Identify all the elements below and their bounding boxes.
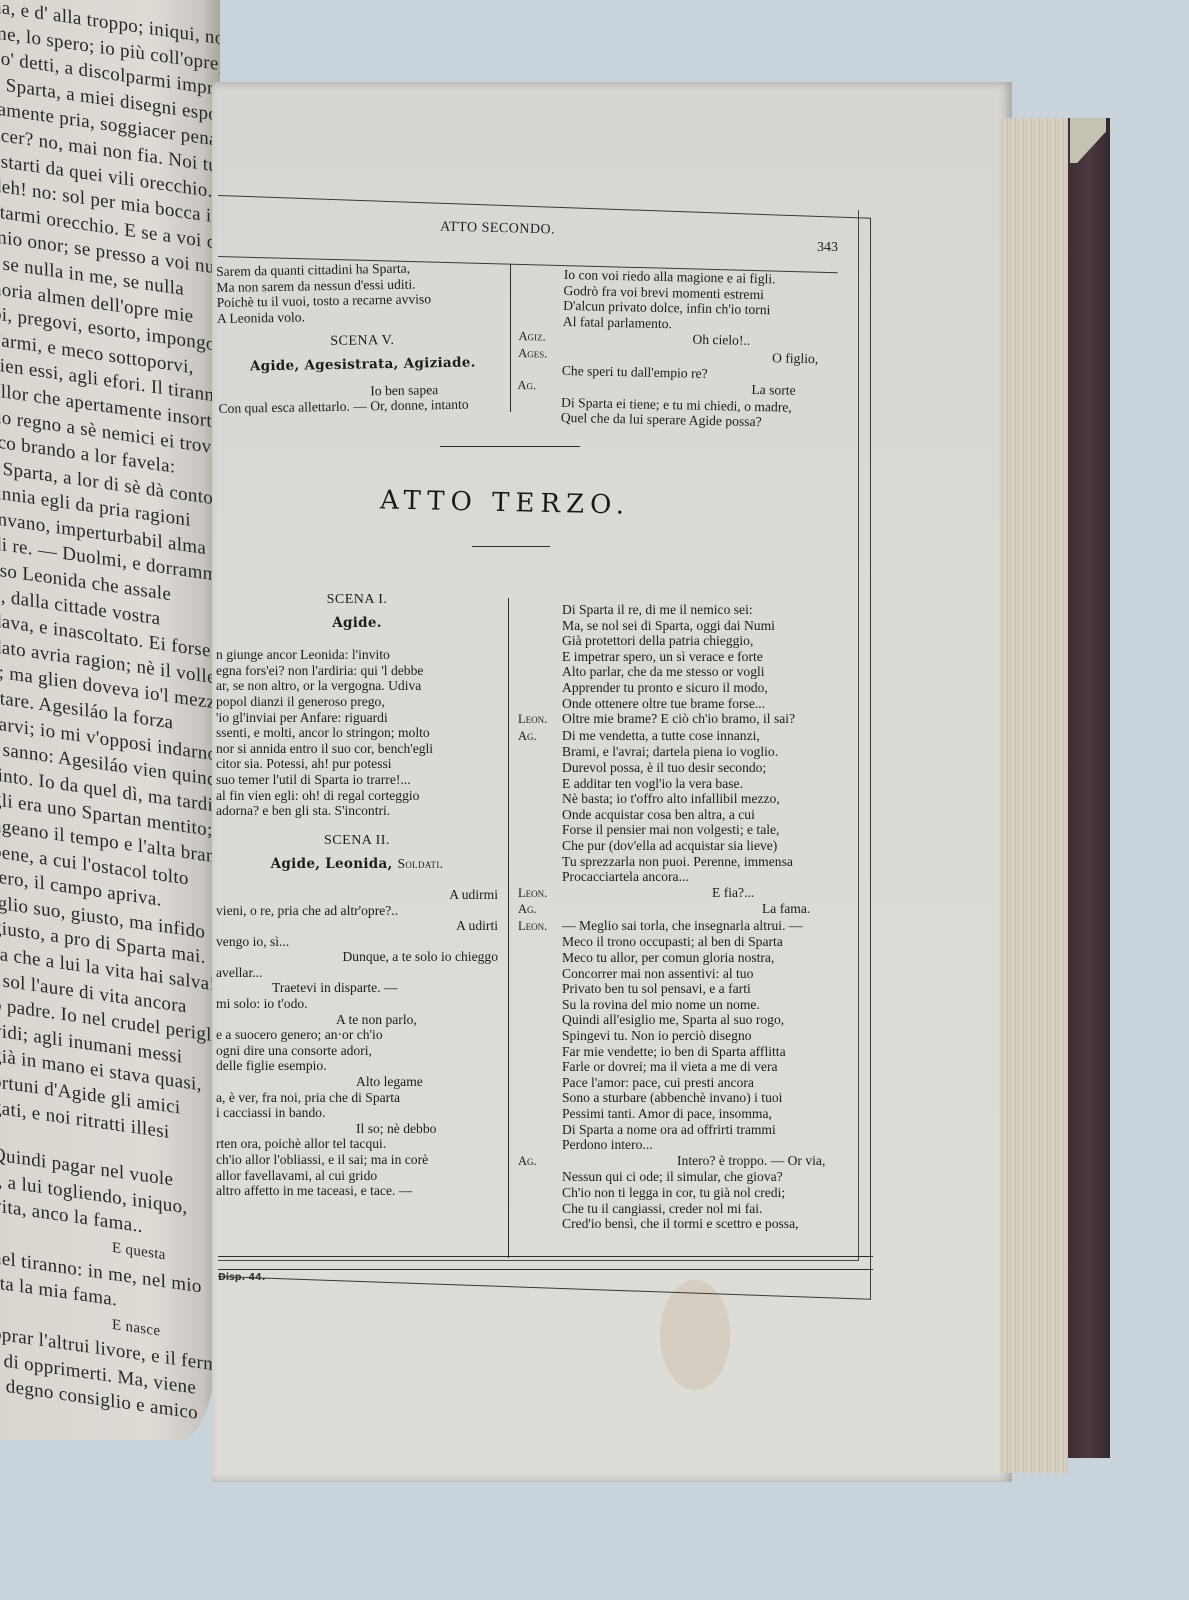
top-left-column: Sarem da quanti cittadini ha Sparta,Ma n… [216, 259, 509, 417]
verse-text: Far mie vendette; io ben di Sparta affli… [562, 1044, 786, 1059]
verse-line: a, è ver, fra noi, pria che di Sparta [216, 1090, 498, 1106]
top-left-lines: Sarem da quanti cittadini ha Sparta,Ma n… [216, 259, 507, 326]
scene-characters: Agide. [216, 616, 498, 632]
verse-text: Oltre mie brame? E ciò ch'io bramo, il s… [562, 711, 795, 726]
verse-line: 'io gl'inviai per Anfare: riguardi [216, 710, 498, 726]
verse-line: vieni, o re, pria che ad altr'opre?.. [216, 903, 498, 919]
verse-text: Concorrer mai non assentivi: al tuo [562, 966, 753, 981]
verse-line: Su la rovina del mio nome un nome. [518, 997, 863, 1013]
speaker-label: Agiz. [518, 329, 562, 346]
speaker-label: Leon. [518, 712, 562, 728]
verse-text: Meco il trono occupasti; al ben di Spart… [562, 934, 783, 949]
verse-line: Ag.Intero? è troppo. — Or via, [518, 1153, 863, 1170]
speaker-label [518, 374, 562, 375]
verse-line: i cacciassi in bando. [216, 1105, 498, 1121]
verse-line: al fin vien egli: oh! di regal corteggio [216, 788, 498, 804]
verse-line: Leon.E fia?... [518, 885, 863, 902]
verse-line: Onde ottenere oltre tue brame forse... [518, 696, 863, 712]
verse-text: E impetrar spero, un sì verace e forte [562, 649, 763, 664]
verse-text: Procacciartela ancora... [562, 869, 689, 884]
verse-line: suo temer l'util di Sparta io trarre!... [216, 772, 498, 788]
verse-text: Onde acquistar cosa ben altra, a cui [562, 807, 755, 822]
verse-line: Durevol possa, è il tuo desir secondo; [518, 760, 863, 776]
verse-line: Che tu il cangiassi, creder nol mi fai. [518, 1201, 863, 1217]
speaker-label: Ag. [518, 1154, 562, 1170]
scene-heading: SCENA V. [217, 331, 507, 352]
verse-text: Ch'io non ti legga in cor, tu già nol cr… [562, 1185, 785, 1200]
column-divider [510, 264, 511, 412]
verse-line: A udirmi [216, 887, 498, 903]
verse-text: Ma, se nol sei di Sparta, oggi dai Numi [562, 618, 775, 633]
verse-line: Procacciartela ancora... [518, 869, 863, 885]
verse-text: E fia?... [562, 885, 754, 900]
verse-line: Privato ben tu sol pensavi, e a farti [518, 981, 863, 997]
footer-signature: Disp. 44. [218, 1272, 265, 1283]
verse-line: Di Sparta a nome ora ad offrirti trammi [518, 1122, 863, 1138]
verse-text: Farle or dovrei; ma il vieta a me di ver… [562, 1059, 778, 1074]
verse-text: Brami, e l'avrai; dartela piena io vogli… [562, 744, 778, 759]
column-divider [508, 598, 509, 1258]
paper-stain [660, 1280, 730, 1390]
verse-text: Al fatal parlamento. [563, 314, 672, 331]
verse-line: Ag.La fama. [518, 901, 863, 918]
speaker-label: Ag. [518, 729, 562, 745]
verse-line: Far mie vendette; io ben di Sparta affli… [518, 1044, 863, 1060]
verse-line: ssenti, e molti, ancor lo stringon; molt… [216, 725, 498, 741]
scene-characters: Agide, Leonida, Soldati. [216, 856, 498, 873]
speaker-label: Ag. [517, 378, 561, 395]
act-rule-top [440, 446, 580, 447]
verse-line: A te non parlo, [216, 1012, 498, 1028]
characters-extra: Soldati. [398, 856, 444, 871]
speaker-label [517, 406, 561, 407]
act-title: ATTO TERZO. [380, 485, 631, 520]
book-cover [1068, 118, 1110, 1458]
running-head: ATTO SECONDO. [440, 219, 556, 238]
verse-line: ar, se non altro, or la vergogna. Udiva [216, 678, 498, 694]
verse-text: Apprender tu pronto e sicuro il modo, [562, 680, 768, 695]
verse-line: Pessimi tanti. Amor di pace, insomma, [518, 1106, 863, 1122]
bottom-right-column: Di Sparta il re, di me il nemico sei:Ma,… [518, 602, 863, 1232]
verse-line: Farle or dovrei; ma il vieta a me di ver… [518, 1059, 863, 1075]
speaker-label: Leon. [518, 919, 562, 935]
verse-text: — Meglio sai torla, che insegnarla altru… [562, 918, 802, 933]
scene-heading: SCENA I. [216, 592, 498, 608]
verse-line: delle figlie esempio. [216, 1058, 498, 1074]
verse-line: Leon.— Meglio sai torla, che insegnarla … [518, 918, 863, 935]
verse-line: Traetevi in disparte. — [216, 980, 498, 996]
verse-line: Nè basta; io t'offro alto infallibil mez… [518, 791, 863, 807]
characters-main: Agide, Leonida, [271, 856, 393, 872]
verse-line: Ma, se nol sei di Sparta, oggi dai Numi [518, 618, 863, 634]
speaker-label [520, 278, 564, 279]
verse-line: Forse il pensier mai non volgesti; e tal… [518, 822, 863, 838]
verse-text: Di Sparta il re, di me il nemico sei: [562, 602, 753, 617]
verse-line: altro affetto in me taceasi, e tace. — [216, 1183, 498, 1199]
verse-line: vengo io, sì... [216, 934, 498, 950]
scene-one-lines: n giunge ancor Leonida: l'invitoegna for… [216, 647, 498, 819]
page-edges [1000, 118, 1068, 1473]
scene-two-lines: A udirmivieni, o re, pria che ad altr'op… [216, 887, 498, 1199]
verse-line: Cred'io bensì, che il tormi e scettro e … [518, 1216, 863, 1232]
verse-line: Di Sparta il re, di me il nemico sei: [518, 602, 863, 618]
verse-text: Quindi all'esiglio me, Sparta al suo rog… [562, 1012, 784, 1027]
verse-line: Ag.Di me vendetta, a tutte cose innanzi, [518, 728, 863, 745]
verse-line: ch'io allor l'obliassi, e il sai; ma in … [216, 1152, 498, 1168]
verse-line: Meco tu allor, per comun gloria nostra, [518, 950, 863, 966]
verse-text: Nessun qui ci ode; il simular, che giova… [562, 1169, 783, 1184]
verse-text: Forse il pensier mai non volgesti; e tal… [562, 822, 779, 837]
speaker-label: Ages. [518, 346, 562, 363]
verse-text: Intero? è troppo. — Or via, [562, 1153, 825, 1168]
verse-line: Quindi all'esiglio me, Sparta al suo rog… [518, 1012, 863, 1028]
verse-text: Durevol possa, è il tuo desir secondo; [562, 760, 766, 775]
verse-line: egna fors'ei? non l'ardiria: qui 'l debb… [216, 663, 498, 679]
verse-line: Perdono intero... [518, 1137, 863, 1153]
verse-text: Sono a sturbare (abbenchè invano) i tuoi [562, 1090, 782, 1105]
verse-line: Sono a sturbare (abbenchè invano) i tuoi [518, 1090, 863, 1106]
verse-text: Oh cielo!.. [562, 329, 750, 348]
verse-line: Leon.Oltre mie brame? E ciò ch'io bramo,… [518, 711, 863, 728]
verse-text: La fama. [562, 901, 810, 916]
verse-line: Meco il trono occupasti; al ben di Spart… [518, 934, 863, 950]
facing-page-left: na, e d' alla troppo; iniqui, non ch' io… [0, 0, 220, 1440]
speaker-label [519, 294, 563, 295]
speaker-label [517, 421, 561, 422]
verse-line: Concorrer mai non assentivi: al tuo [518, 966, 863, 982]
verse-line: A udirti [216, 918, 498, 934]
verse-text: Già protettori della patria chieggio, [562, 633, 753, 648]
verse-line: nor si annida entro il suo cor, bench'eg… [216, 741, 498, 757]
verse-text: Pessimi tanti. Amor di pace, insomma, [562, 1106, 772, 1121]
verse-text: Nè basta; io t'offro alto infallibil mez… [562, 791, 780, 806]
act-rule-bottom [472, 546, 550, 547]
page-number: 343 [817, 240, 838, 256]
verse-line: Ch'io non ti legga in cor, tu già nol cr… [518, 1185, 863, 1201]
scene-heading: SCENA II. [216, 833, 498, 849]
top-right-column: Io con voi riedo alla magione e ai figli… [517, 266, 850, 432]
verse-line: Tu sprezzarla non puoi. Perenne, immensa [518, 854, 863, 870]
verse-line: Pace l'amor: pace, cui presti ancora [518, 1075, 863, 1091]
speaker-label [519, 309, 563, 310]
verse-text: Privato ben tu sol pensavi, e a farti [562, 981, 751, 996]
verse-text: Tu sprezzarla non puoi. Perenne, immensa [562, 854, 793, 869]
verse-text: Onde ottenere oltre tue brame forse... [562, 696, 765, 711]
verse-line: e a suocero genero; an·or ch'io [216, 1027, 498, 1043]
book-photo: na, e d' alla troppo; iniqui, non ch' io… [0, 0, 1189, 1600]
verse-line: Spingevi tu. Non io perciò disegno [518, 1028, 863, 1044]
verse-line: popol dianzi il generoso prego, [216, 694, 498, 710]
verse-text: Pace l'amor: pace, cui presti ancora [562, 1075, 754, 1090]
speaker-label [519, 325, 563, 326]
verse-text: Di me vendetta, a tutte cose innanzi, [562, 728, 760, 743]
verse-line: Dunque, a te solo io chieggo [216, 949, 498, 965]
footer-rule [218, 1269, 873, 1270]
verse-line: mi solo: io t'odo. [216, 996, 498, 1012]
verse-text: Che pur (dov'ella ad acquistar sia lieve… [562, 838, 777, 853]
verse-line: Alto legame [216, 1074, 498, 1090]
footer-rule [218, 1256, 873, 1257]
verse-text: Cred'io bensì, che il tormi e scettro e … [562, 1216, 799, 1231]
verse-line: citor sia. Potessi, ah! pur potessi [216, 756, 498, 772]
speaker-label: Ag. [518, 902, 562, 918]
verse-line: Già protettori della patria chieggio, [518, 633, 863, 649]
verse-line: adorna? e ben gli sta. S'incontri. [216, 803, 498, 819]
verse-line: Il so; nè debbo [216, 1121, 498, 1137]
verse-line: Alto parlar, che da me stesso or vogli [518, 664, 863, 680]
verse-line: Che pur (dov'ella ad acquistar sia lieve… [518, 838, 863, 854]
verse-line: Brami, e l'avrai; dartela piena io vogli… [518, 744, 863, 760]
verse-text: Alto parlar, che da me stesso or vogli [562, 664, 765, 679]
verse-text: Su la rovina del mio nome un nome. [562, 997, 760, 1012]
verse-line: ogni dire una consorte adori, [216, 1043, 498, 1059]
verse-text: Meco tu allor, per comun gloria nostra, [562, 950, 774, 965]
verse-line: avellar... [216, 965, 498, 981]
bottom-left-column: SCENA I. Agide. n giunge ancor Leonida: … [216, 582, 498, 1199]
verse-line: n giunge ancor Leonida: l'invito [216, 647, 498, 663]
verse-text: Perdono intero... [562, 1137, 653, 1152]
verse-line: Apprender tu pronto e sicuro il modo, [518, 680, 863, 696]
verse-line: E impetrar spero, un sì verace e forte [518, 649, 863, 665]
verse-text: Spingevi tu. Non io perciò disegno [562, 1028, 752, 1043]
verse-line: rten ora, poichè allor tel tacqui. [216, 1136, 498, 1152]
scene-characters: Agide, Agesistrata, Agiziade. [218, 355, 508, 376]
verse-text: Che tu il cangiassi, creder nol mi fai. [562, 1201, 762, 1216]
verse-line: Nessun qui ci ode; il simular, che giova… [518, 1169, 863, 1185]
verse-line: Onde acquistar cosa ben altra, a cui [518, 807, 863, 823]
speaker-label: Leon. [518, 886, 562, 902]
facing-page-text: na, e d' alla troppo; iniqui, non ch' io… [0, 0, 220, 1432]
verse-line: E additar ten vogl'io la vera base. [518, 776, 863, 792]
verse-line: allor favellavami, al cui grido [216, 1168, 498, 1184]
verse-text: Di Sparta a nome ora ad offrirti trammi [562, 1122, 776, 1137]
verse-text: E additar ten vogl'io la vera base. [562, 776, 743, 791]
